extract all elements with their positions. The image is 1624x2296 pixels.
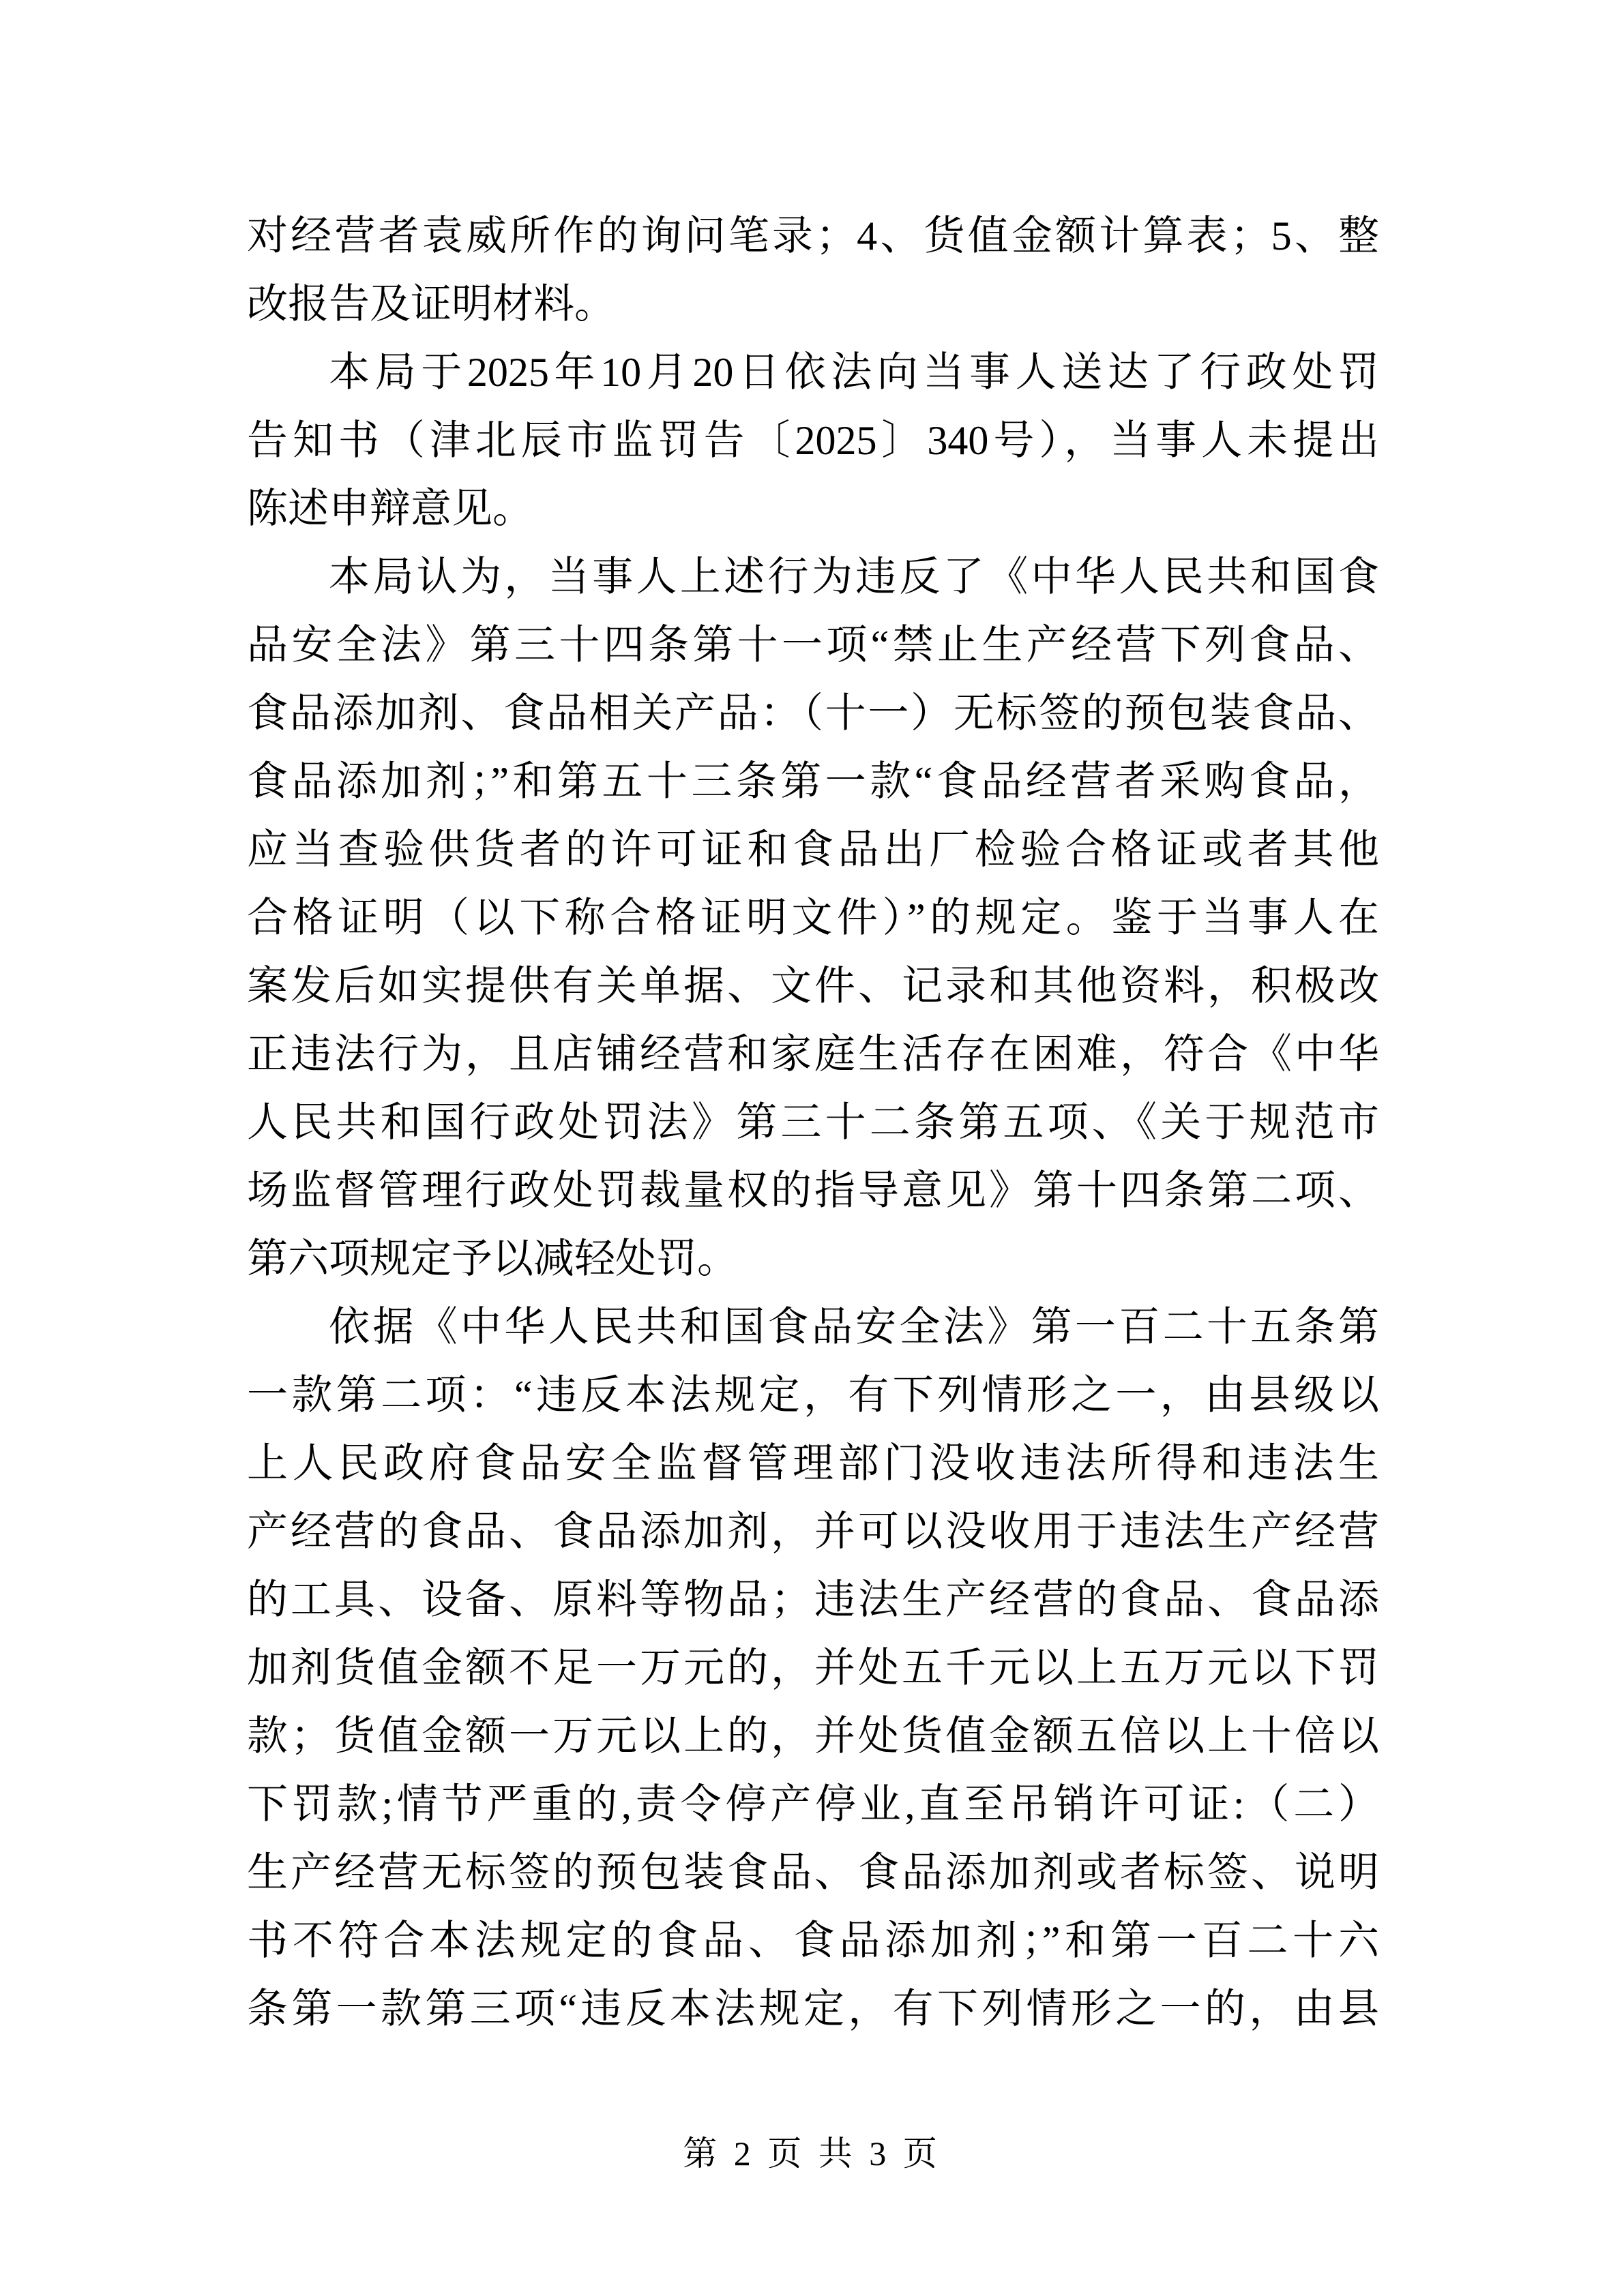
body-line: 告知书（津北辰市监罚告〔2025〕340号），当事人未提出	[247, 406, 1379, 475]
body-line: 上人民政府食品安全监督管理部门没收违法所得和违法生	[247, 1429, 1379, 1497]
document-page: 对经营者袁威所作的询问笔录；4、货值金额计算表；5、整 改报告及证明材料。 本局…	[0, 0, 1624, 2296]
body-line: 案发后如实提供有关单据、文件、记录和其他资料，积极改	[247, 952, 1379, 1020]
body-line: 本局认为，当事人上述行为违反了《中华人民共和国食	[247, 543, 1379, 611]
body-line: 依据《中华人民共和国食品安全法》第一百二十五条第	[247, 1293, 1379, 1361]
body-line: 场监督管理行政处罚裁量权的指导意见》第十四条第二项、	[247, 1157, 1379, 1225]
body-line: 第六项规定予以减轻处罚。	[247, 1225, 1379, 1293]
body-line: 改报告及证明材料。	[247, 270, 1379, 338]
body-line: 加剂货值金额不足一万元的，并处五千元以上五万元以下罚	[247, 1634, 1379, 1702]
body-line: 对经营者袁威所作的询问笔录；4、货值金额计算表；5、整	[247, 202, 1379, 270]
body-line: 品安全法》第三十四条第十一项“禁止生产经营下列食品、	[247, 611, 1379, 679]
body-line: 条第一款第三项“违反本法规定，有下列情形之一的，由县	[247, 1975, 1379, 2043]
body-line: 食品添加剂、食品相关产品：（十一）无标签的预包装食品、	[247, 679, 1379, 747]
body-line: 应当查验供货者的许可证和食品出厂检验合格证或者其他	[247, 816, 1379, 884]
body-line: 陈述申辩意见。	[247, 475, 1379, 543]
body-line: 生产经营无标签的预包装食品、食品添加剂或者标签、说明	[247, 1838, 1379, 1907]
body-line: 下罚款;情节严重的,责令停产停业,直至吊销许可证:（二）	[247, 1770, 1379, 1838]
page-footer: 第 2 页 共 3 页	[0, 2126, 1624, 2181]
body-line: 一款第二项：“违反本法规定，有下列情形之一，由县级以	[247, 1361, 1379, 1429]
body-line: 食品添加剂；”和第五十三条第一款“食品经营者采购食品，	[247, 747, 1379, 816]
body-line: 的工具、设备、原料等物品；违法生产经营的食品、食品添	[247, 1566, 1379, 1634]
body-line: 本局于2025年10月20日依法向当事人送达了行政处罚	[247, 338, 1379, 406]
body-line: 书不符合本法规定的食品、食品添加剂；”和第一百二十六	[247, 1907, 1379, 1975]
body-line: 人民共和国行政处罚法》第三十二条第五项、《关于规范市	[247, 1088, 1379, 1157]
document-body: 对经营者袁威所作的询问笔录；4、货值金额计算表；5、整 改报告及证明材料。 本局…	[247, 202, 1379, 2043]
body-line: 合格证明（以下称合格证明文件）”的规定。鉴于当事人在	[247, 884, 1379, 952]
body-line: 正违法行为，且店铺经营和家庭生活存在困难，符合《中华	[247, 1020, 1379, 1088]
body-line: 产经营的食品、食品添加剂，并可以没收用于违法生产经营	[247, 1497, 1379, 1566]
body-line: 款；货值金额一万元以上的，并处货值金额五倍以上十倍以	[247, 1702, 1379, 1770]
